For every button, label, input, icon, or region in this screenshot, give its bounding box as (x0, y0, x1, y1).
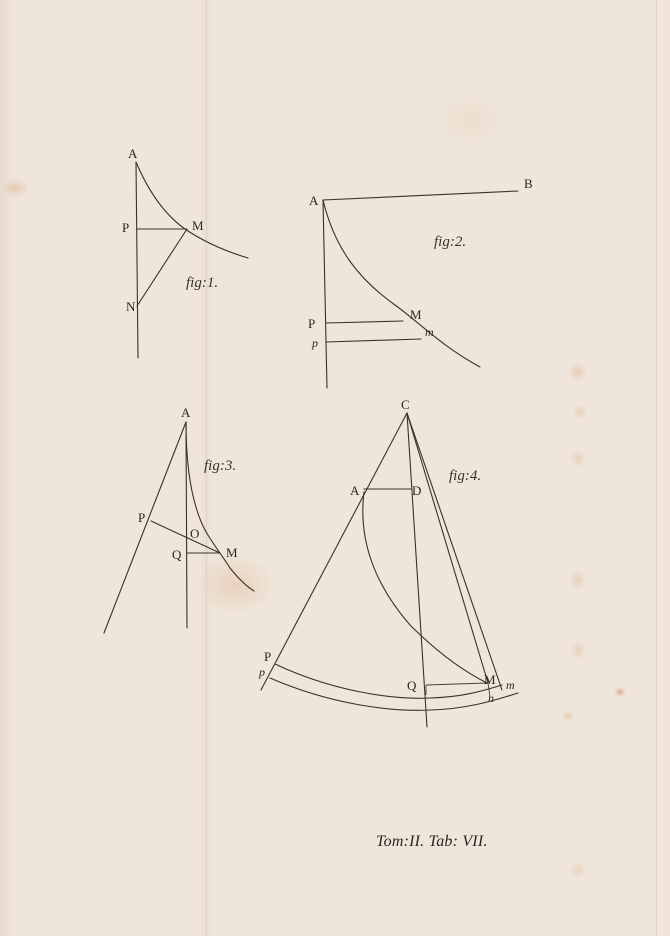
fig1-label-M: M (192, 218, 204, 233)
fig2-caption: fig:2. (434, 234, 466, 250)
geometric-figures: A P M N fig:1. A B P p M m fig:2. (0, 0, 670, 936)
fig4-curve-AM (363, 492, 487, 683)
fig4-label-D: D (412, 483, 421, 498)
fig3-curve (186, 422, 254, 591)
fig2-label-A: A (309, 193, 319, 208)
fig3-label-M: M (226, 545, 238, 560)
figure-4: C A D P p Q M m n fig:4. (258, 397, 518, 727)
fig4-radius-Cm (407, 413, 502, 690)
fig3-caption: fig:3. (204, 458, 236, 474)
figure-3: A P O Q M fig:3. (104, 405, 254, 633)
fig1-normal-MN (137, 229, 187, 306)
fig2-axis-line (323, 200, 327, 388)
fig4-label-P: P (264, 649, 271, 664)
fig3-label-P: P (138, 510, 145, 525)
fig1-label-A: A (128, 146, 138, 161)
fig2-label-P: P (308, 316, 315, 331)
fig4-label-A: A (350, 483, 360, 498)
fig2-ordinate-pm (326, 339, 421, 342)
fig1-label-P: P (122, 220, 129, 235)
fig2-label-m: m (425, 325, 434, 339)
engraved-plate-page: A P M N fig:1. A B P p M m fig:2. (0, 0, 670, 936)
fig3-label-Q: Q (172, 547, 182, 562)
fig1-axis-line (136, 162, 138, 358)
fig2-ordinate-PM (326, 321, 403, 323)
fig4-caption: fig:4. (449, 468, 481, 484)
fig4-label-n: n (488, 691, 494, 705)
fig2-label-M: M (410, 307, 422, 322)
fig3-label-A: A (181, 405, 191, 420)
fig1-curve (136, 162, 248, 258)
fig1-caption: fig:1. (186, 275, 218, 291)
fig4-radius-CM (407, 413, 488, 683)
fig2-curve (323, 200, 480, 367)
fig4-label-m: m (506, 678, 515, 692)
fig4-label-C: C (401, 397, 410, 412)
fig1-label-N: N (126, 299, 136, 314)
figure-2: A B P p M m fig:2. (308, 176, 533, 388)
fig3-tangent-line (104, 422, 186, 633)
fig3-label-O: O (190, 526, 199, 541)
fig2-line-AB (323, 191, 518, 200)
fig4-label-p: p (258, 665, 265, 679)
fig2-label-p: p (311, 336, 318, 350)
fig4-label-M: M (484, 672, 496, 687)
fig2-label-B: B (524, 176, 533, 191)
fig4-label-Q: Q (407, 678, 417, 693)
figure-1: A P M N fig:1. (122, 146, 248, 358)
fig4-radius-CP (261, 413, 407, 690)
fig4-line-QM (426, 683, 487, 685)
plate-footer-caption: Tom:II. Tab: VII. (376, 833, 488, 851)
